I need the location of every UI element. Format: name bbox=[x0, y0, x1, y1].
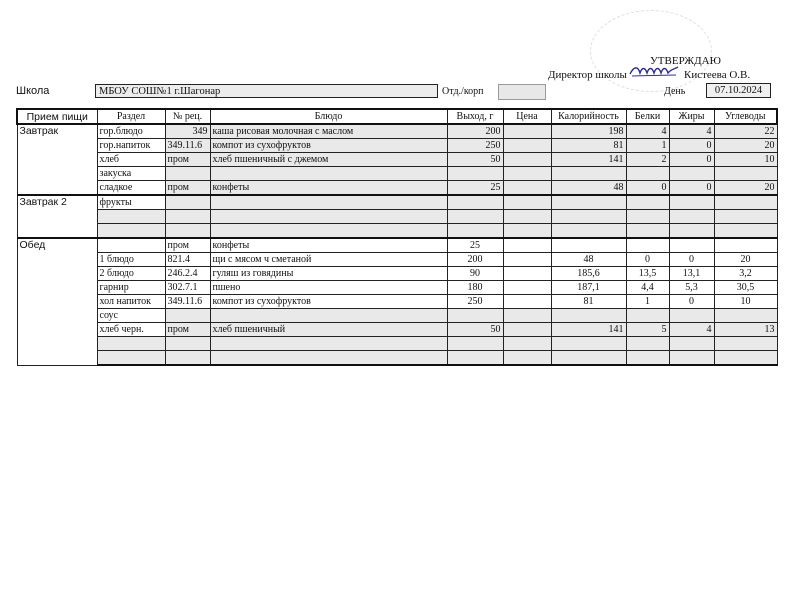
cell-price bbox=[503, 153, 551, 167]
cell-price bbox=[503, 238, 551, 253]
table-header-row: Прием пищиРаздел№ рец.БлюдоВыход, гЦенаК… bbox=[17, 109, 777, 124]
cell-price bbox=[503, 253, 551, 267]
cell-carbs: 22 bbox=[714, 124, 777, 139]
cell-fat bbox=[669, 210, 714, 224]
cell-calories bbox=[551, 210, 626, 224]
cell-dish bbox=[210, 210, 447, 224]
cell-recipe bbox=[165, 210, 210, 224]
cell-dish: компот из сухофруктов bbox=[210, 139, 447, 153]
cell-carbs bbox=[714, 195, 777, 210]
col-protein-header: Белки bbox=[626, 109, 669, 124]
cell-yield: 250 bbox=[447, 139, 503, 153]
dept-field bbox=[498, 84, 546, 100]
table-row bbox=[17, 351, 777, 366]
cell-fat bbox=[669, 309, 714, 323]
cell-calories: 141 bbox=[551, 323, 626, 337]
cell-recipe: 349.11.6 bbox=[165, 295, 210, 309]
school-label: Школа bbox=[16, 85, 49, 97]
cell-price bbox=[503, 351, 551, 366]
cell-carbs: 20 bbox=[714, 139, 777, 153]
col-carbs-header: Углеводы bbox=[714, 109, 777, 124]
cell-recipe bbox=[165, 224, 210, 239]
cell-price bbox=[503, 210, 551, 224]
col-yield-header: Выход, г bbox=[447, 109, 503, 124]
cell-fat bbox=[669, 238, 714, 253]
cell-fat: 0 bbox=[669, 253, 714, 267]
cell-carbs: 30,5 bbox=[714, 281, 777, 295]
col-section-header: Раздел bbox=[97, 109, 165, 124]
cell-recipe bbox=[165, 337, 210, 351]
cell-calories bbox=[551, 351, 626, 366]
cell-protein bbox=[626, 224, 669, 239]
cell-carbs bbox=[714, 167, 777, 181]
cell-recipe: 349 bbox=[165, 124, 210, 139]
cell-price bbox=[503, 124, 551, 139]
cell-fat: 0 bbox=[669, 181, 714, 196]
cell-section: фрукты bbox=[97, 195, 165, 210]
cell-price bbox=[503, 309, 551, 323]
table-row: Обедпромконфеты25 bbox=[17, 238, 777, 253]
cell-protein bbox=[626, 210, 669, 224]
cell-yield bbox=[447, 224, 503, 239]
cell-calories: 198 bbox=[551, 124, 626, 139]
table-row: гор.напиток349.11.6компот из сухофруктов… bbox=[17, 139, 777, 153]
cell-dish bbox=[210, 167, 447, 181]
cell-protein: 4 bbox=[626, 124, 669, 139]
cell-dish bbox=[210, 224, 447, 239]
day-field: 07.10.2024 bbox=[706, 83, 771, 98]
director-label: Директор школы bbox=[548, 69, 627, 81]
cell-calories: 81 bbox=[551, 295, 626, 309]
cell-fat: 5,3 bbox=[669, 281, 714, 295]
cell-section: гарнир bbox=[97, 281, 165, 295]
col-calories-header: Калорийность bbox=[551, 109, 626, 124]
col-price-header: Цена bbox=[503, 109, 551, 124]
cell-fat: 0 bbox=[669, 139, 714, 153]
cell-recipe: 349.11.6 bbox=[165, 139, 210, 153]
cell-calories: 187,1 bbox=[551, 281, 626, 295]
cell-protein: 4,4 bbox=[626, 281, 669, 295]
cell-recipe bbox=[165, 351, 210, 366]
cell-yield bbox=[447, 167, 503, 181]
cell-yield: 50 bbox=[447, 153, 503, 167]
cell-yield: 25 bbox=[447, 181, 503, 196]
cell-fat bbox=[669, 167, 714, 181]
cell-section: сладкое bbox=[97, 181, 165, 196]
cell-recipe: 246.2.4 bbox=[165, 267, 210, 281]
cell-calories bbox=[551, 224, 626, 239]
cell-yield: 200 bbox=[447, 253, 503, 267]
cell-section: 1 блюдо bbox=[97, 253, 165, 267]
cell-dish bbox=[210, 337, 447, 351]
cell-dish: каша рисовая молочная с маслом bbox=[210, 124, 447, 139]
cell-carbs: 3,2 bbox=[714, 267, 777, 281]
cell-carbs: 20 bbox=[714, 253, 777, 267]
dept-label: Отд./корп bbox=[442, 86, 484, 97]
cell-yield: 180 bbox=[447, 281, 503, 295]
cell-protein bbox=[626, 351, 669, 366]
table-row: хлебпромхлеб пшеничный с джемом501412010 bbox=[17, 153, 777, 167]
cell-section: соус bbox=[97, 309, 165, 323]
menu-table: Прием пищиРаздел№ рец.БлюдоВыход, гЦенаК… bbox=[16, 108, 778, 366]
director-name: Кистеева О.В. bbox=[684, 69, 750, 81]
meal-name: Завтрак 2 bbox=[17, 195, 97, 238]
cell-fat: 13,1 bbox=[669, 267, 714, 281]
table-row: 1 блюдо821.4щи с мясом ч сметаной2004800… bbox=[17, 253, 777, 267]
cell-section: закуска bbox=[97, 167, 165, 181]
cell-yield bbox=[447, 351, 503, 366]
cell-fat bbox=[669, 351, 714, 366]
cell-price bbox=[503, 295, 551, 309]
cell-calories: 81 bbox=[551, 139, 626, 153]
cell-calories bbox=[551, 309, 626, 323]
cell-recipe: 821.4 bbox=[165, 253, 210, 267]
cell-fat: 4 bbox=[669, 323, 714, 337]
cell-dish bbox=[210, 351, 447, 366]
cell-recipe: 302.7.1 bbox=[165, 281, 210, 295]
cell-fat: 4 bbox=[669, 124, 714, 139]
cell-carbs: 10 bbox=[714, 153, 777, 167]
cell-protein bbox=[626, 337, 669, 351]
cell-protein: 13,5 bbox=[626, 267, 669, 281]
cell-recipe: пром bbox=[165, 181, 210, 196]
col-recipe-header: № рец. bbox=[165, 109, 210, 124]
cell-fat bbox=[669, 337, 714, 351]
cell-calories: 141 bbox=[551, 153, 626, 167]
cell-dish: конфеты bbox=[210, 238, 447, 253]
cell-dish: хлеб пшеничный bbox=[210, 323, 447, 337]
cell-section bbox=[97, 337, 165, 351]
cell-fat bbox=[669, 195, 714, 210]
cell-yield bbox=[447, 195, 503, 210]
cell-carbs bbox=[714, 351, 777, 366]
cell-price bbox=[503, 181, 551, 196]
cell-protein: 1 bbox=[626, 139, 669, 153]
cell-recipe: пром bbox=[165, 238, 210, 253]
cell-yield bbox=[447, 309, 503, 323]
cell-section bbox=[97, 224, 165, 239]
cell-recipe: пром bbox=[165, 323, 210, 337]
cell-calories: 48 bbox=[551, 253, 626, 267]
cell-calories: 185,6 bbox=[551, 267, 626, 281]
meal-name: Обед bbox=[17, 238, 97, 365]
col-fat-header: Жиры bbox=[669, 109, 714, 124]
table-row: Завтракгор.блюдо349каша рисовая молочная… bbox=[17, 124, 777, 139]
signature-icon bbox=[628, 64, 680, 78]
cell-protein bbox=[626, 238, 669, 253]
table-row: соус bbox=[17, 309, 777, 323]
cell-carbs bbox=[714, 210, 777, 224]
cell-section: гор.напиток bbox=[97, 139, 165, 153]
cell-protein: 5 bbox=[626, 323, 669, 337]
cell-section bbox=[97, 210, 165, 224]
cell-carbs bbox=[714, 337, 777, 351]
table-row bbox=[17, 224, 777, 239]
col-meal-header: Прием пищи bbox=[17, 109, 97, 124]
cell-calories bbox=[551, 195, 626, 210]
cell-dish: компот из сухофруктов bbox=[210, 295, 447, 309]
cell-dish bbox=[210, 309, 447, 323]
cell-protein: 0 bbox=[626, 253, 669, 267]
day-label: День bbox=[664, 86, 685, 97]
cell-yield: 50 bbox=[447, 323, 503, 337]
cell-section: гор.блюдо bbox=[97, 124, 165, 139]
cell-dish bbox=[210, 195, 447, 210]
cell-price bbox=[503, 281, 551, 295]
cell-carbs: 20 bbox=[714, 181, 777, 196]
cell-carbs bbox=[714, 309, 777, 323]
table-row bbox=[17, 337, 777, 351]
cell-yield: 25 bbox=[447, 238, 503, 253]
cell-protein: 2 bbox=[626, 153, 669, 167]
table-row: Завтрак 2фрукты bbox=[17, 195, 777, 210]
table-row: сладкоепромконфеты25480020 bbox=[17, 181, 777, 196]
cell-dish: гуляш из говядины bbox=[210, 267, 447, 281]
cell-dish: конфеты bbox=[210, 181, 447, 196]
cell-price bbox=[503, 323, 551, 337]
col-dish-header: Блюдо bbox=[210, 109, 447, 124]
table-row: закуска bbox=[17, 167, 777, 181]
cell-fat: 0 bbox=[669, 153, 714, 167]
cell-section bbox=[97, 238, 165, 253]
cell-section: хлеб черн. bbox=[97, 323, 165, 337]
cell-protein bbox=[626, 309, 669, 323]
cell-calories: 48 bbox=[551, 181, 626, 196]
cell-section: 2 блюдо bbox=[97, 267, 165, 281]
cell-price bbox=[503, 195, 551, 210]
cell-price bbox=[503, 337, 551, 351]
cell-recipe: пром bbox=[165, 153, 210, 167]
table-row: 2 блюдо246.2.4гуляш из говядины90185,613… bbox=[17, 267, 777, 281]
table-row: хол напиток349.11.6компот из сухофруктов… bbox=[17, 295, 777, 309]
cell-yield bbox=[447, 210, 503, 224]
cell-recipe bbox=[165, 309, 210, 323]
cell-price bbox=[503, 224, 551, 239]
cell-carbs: 10 bbox=[714, 295, 777, 309]
cell-calories bbox=[551, 167, 626, 181]
cell-carbs bbox=[714, 238, 777, 253]
cell-recipe bbox=[165, 167, 210, 181]
cell-dish: щи с мясом ч сметаной bbox=[210, 253, 447, 267]
cell-dish: пшено bbox=[210, 281, 447, 295]
cell-section: хлеб bbox=[97, 153, 165, 167]
cell-section bbox=[97, 351, 165, 366]
cell-yield bbox=[447, 337, 503, 351]
table-row: гарнир302.7.1пшено180187,14,45,330,5 bbox=[17, 281, 777, 295]
cell-dish: хлеб пшеничный с джемом bbox=[210, 153, 447, 167]
table-body: Завтракгор.блюдо349каша рисовая молочная… bbox=[17, 124, 777, 365]
cell-price bbox=[503, 139, 551, 153]
cell-carbs bbox=[714, 224, 777, 239]
cell-protein bbox=[626, 167, 669, 181]
cell-calories bbox=[551, 238, 626, 253]
cell-carbs: 13 bbox=[714, 323, 777, 337]
cell-fat bbox=[669, 224, 714, 239]
cell-protein: 0 bbox=[626, 181, 669, 196]
cell-protein bbox=[626, 195, 669, 210]
cell-yield: 200 bbox=[447, 124, 503, 139]
cell-calories bbox=[551, 337, 626, 351]
school-field: МБОУ СОШ№1 г.Шагонар bbox=[95, 84, 438, 98]
cell-recipe bbox=[165, 195, 210, 210]
cell-price bbox=[503, 267, 551, 281]
cell-yield: 90 bbox=[447, 267, 503, 281]
cell-section: хол напиток bbox=[97, 295, 165, 309]
cell-yield: 250 bbox=[447, 295, 503, 309]
cell-price bbox=[503, 167, 551, 181]
table-row bbox=[17, 210, 777, 224]
cell-fat: 0 bbox=[669, 295, 714, 309]
table-row: хлеб черн.промхлеб пшеничный501415413 bbox=[17, 323, 777, 337]
cell-protein: 1 bbox=[626, 295, 669, 309]
meal-name: Завтрак bbox=[17, 124, 97, 195]
